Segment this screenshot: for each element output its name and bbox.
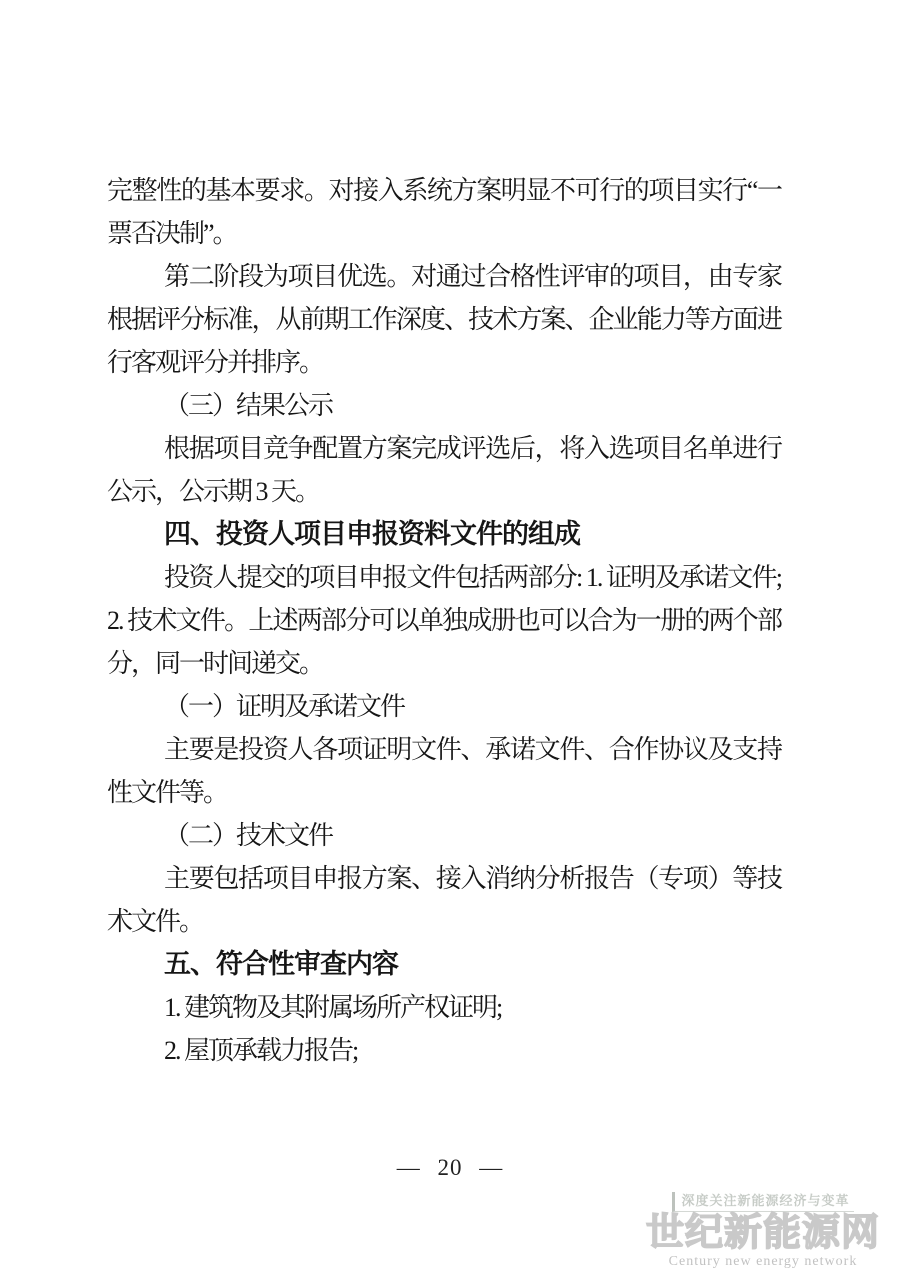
subsection-heading-1: （一）证明及承诺文件 (107, 685, 781, 728)
paragraph: 主要包括项目申报方案、接入消纳分析报告（专项）等技术文件。 (107, 857, 781, 943)
list-item: 1. 建筑物及其附属场所产权证明; (107, 986, 781, 1029)
paragraph: 第二阶段为项目优选。对通过合格性评审的项目，由专家根据评分标准，从前期工作深度、… (107, 255, 781, 384)
subsection-heading-3: （三）结果公示 (107, 384, 781, 427)
paragraph: 根据项目竞争配置方案完成评选后，将入选项目名单进行公示，公示期 3 天。 (107, 427, 781, 513)
watermark-tagline: 深度关注新能源经济与变革 (672, 1192, 853, 1212)
section-heading-5: 五、符合性审查内容 (107, 943, 781, 986)
watermark-logo-text: 世纪新能源网 (638, 1212, 888, 1254)
document-page: 完整性的基本要求。对接入系统方案明显不可行的项目实行“一票否决制”。 第二阶段为… (0, 0, 900, 1272)
section-heading-4: 四、投资人项目申报资料文件的组成 (107, 513, 781, 556)
paragraph: 主要是投资人各项证明文件、承诺文件、合作协议及支持性文件等。 (107, 728, 781, 814)
watermark-tagline-row: 深度关注新能源经济与变革 (638, 1192, 888, 1212)
watermark: 深度关注新能源经济与变革 世纪新能源网 Century new energy n… (638, 1192, 888, 1270)
document-text-block: 完整性的基本要求。对接入系统方案明显不可行的项目实行“一票否决制”。 第二阶段为… (107, 169, 781, 1072)
subsection-heading-2: （二）技术文件 (107, 814, 781, 857)
paragraph: 投资人提交的项目申报文件包括两部分: 1. 证明及承诺文件; 2. 技术文件。上… (107, 556, 781, 685)
paragraph-continuation: 完整性的基本要求。对接入系统方案明显不可行的项目实行“一票否决制”。 (107, 169, 781, 255)
list-item: 2. 屋顶承载力报告; (107, 1029, 781, 1072)
page-number: — 20 — (0, 1155, 900, 1181)
watermark-subtitle: Century new energy network (638, 1254, 888, 1270)
